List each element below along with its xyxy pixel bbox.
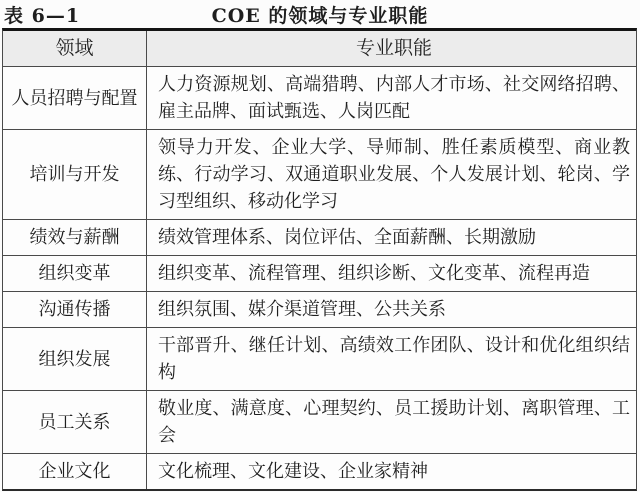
table-header-row: 领域 专业职能: [3, 31, 636, 66]
table-row: 组织变革 组织变革、流程管理、组织诊断、文化变革、流程再造: [3, 255, 636, 291]
domain-cell: 组织发展: [3, 328, 147, 390]
functions-cell: 组织变革、流程管理、组织诊断、文化变革、流程再造: [147, 256, 636, 291]
table-row: 绩效与薪酬 绩效管理体系、岗位评估、全面薪酬、长期激励: [3, 219, 636, 255]
table-row: 人员招聘与配置 人力资源规划、高端猎聘、内部人才市场、社交网络招聘、雇主品牌、面…: [3, 66, 636, 129]
domain-cell: 员工关系: [3, 391, 147, 453]
domain-cell: 沟通传播: [3, 292, 147, 327]
scanned-page: 表 6—1 COE 的领域与专业职能 领域 专业职能 人员招聘与配置 人力资源规…: [0, 0, 640, 492]
table-caption: 表 6—1 COE 的领域与专业职能: [0, 0, 640, 28]
domain-cell: 企业文化: [3, 454, 147, 489]
domain-cell: 绩效与薪酬: [3, 220, 147, 255]
column-header-functions: 专业职能: [147, 31, 636, 66]
table-row: 企业文化 文化梳理、文化建设、企业家精神: [3, 453, 636, 489]
domain-cell: 组织变革: [3, 256, 147, 291]
column-header-domain: 领域: [3, 31, 147, 66]
table-row: 员工关系 敬业度、满意度、心理契约、员工援助计划、离职管理、工会: [3, 390, 636, 453]
functions-cell: 组织氛围、媒介渠道管理、公共关系: [147, 292, 636, 327]
page-title: COE 的领域与专业职能: [0, 1, 640, 28]
functions-cell: 领导力开发、企业大学、导师制、胜任素质模型、商业教练、行动学习、双通道职业发展、…: [147, 130, 636, 219]
functions-cell: 人力资源规划、高端猎聘、内部人才市场、社交网络招聘、雇主品牌、面试甄选、人岗匹配: [147, 67, 636, 129]
table-row: 沟通传播 组织氛围、媒介渠道管理、公共关系: [3, 291, 636, 327]
functions-cell: 绩效管理体系、岗位评估、全面薪酬、长期激励: [147, 220, 636, 255]
functions-cell: 敬业度、满意度、心理契约、员工援助计划、离职管理、工会: [147, 391, 636, 453]
coe-table: 领域 专业职能 人员招聘与配置 人力资源规划、高端猎聘、内部人才市场、社交网络招…: [2, 28, 637, 491]
functions-cell: 干部晋升、继任计划、高绩效工作团队、设计和优化组织结构: [147, 328, 636, 390]
table-row: 组织发展 干部晋升、继任计划、高绩效工作团队、设计和优化组织结构: [3, 327, 636, 390]
domain-cell: 培训与开发: [3, 130, 147, 219]
functions-cell: 文化梳理、文化建设、企业家精神: [147, 454, 636, 489]
domain-cell: 人员招聘与配置: [3, 67, 147, 129]
table-row: 培训与开发 领导力开发、企业大学、导师制、胜任素质模型、商业教练、行动学习、双通…: [3, 129, 636, 219]
